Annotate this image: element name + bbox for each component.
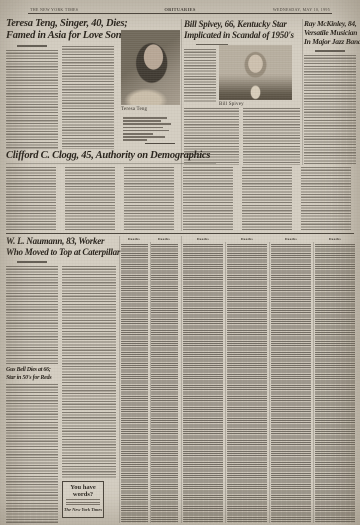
running-head-rule bbox=[28, 13, 332, 14]
house-ad: You have words? The New York Times bbox=[62, 481, 104, 518]
death-notices-header: Deaths bbox=[227, 237, 267, 241]
body-text-column bbox=[243, 108, 300, 165]
death-notice-column bbox=[227, 244, 267, 523]
gus-bell-headline-line2: Star in 50's for Reds bbox=[6, 375, 51, 383]
death-notices-header: Deaths bbox=[315, 237, 355, 241]
house-ad-text bbox=[66, 504, 100, 505]
body-text-column bbox=[242, 167, 292, 231]
house-ad-line1: You have bbox=[63, 484, 103, 491]
teng-headline-line2: Famed in Asia for Love Songs bbox=[6, 30, 130, 42]
column-rule bbox=[225, 242, 226, 523]
house-ad-signature: The New York Times bbox=[63, 507, 103, 512]
naumann-headline-line1: W. L. Naumann, 83, Worker bbox=[6, 236, 104, 247]
newspaper-page: THE NEW YORK TIMES OBITUARIES WEDNESDAY,… bbox=[0, 0, 360, 525]
running-head-section: OBITUARIES bbox=[140, 7, 220, 12]
house-ad-text bbox=[66, 499, 100, 500]
body-text-column bbox=[183, 167, 233, 231]
body-text-column bbox=[62, 46, 114, 149]
house-ad-text bbox=[66, 502, 100, 503]
death-notice-column bbox=[183, 244, 223, 523]
column-rule bbox=[181, 236, 182, 523]
teng-photo-caption: Teresa Teng bbox=[121, 107, 147, 112]
column-rule bbox=[302, 19, 303, 165]
house-ad-line2: words? bbox=[63, 491, 103, 498]
column-rule bbox=[269, 242, 270, 523]
section-rule bbox=[6, 233, 354, 234]
body-text-column bbox=[6, 50, 58, 149]
body-text-column bbox=[6, 167, 56, 231]
body-text-column bbox=[124, 167, 174, 231]
bill-spivey-photo bbox=[219, 45, 292, 100]
death-notices-header: Deaths bbox=[144, 237, 184, 241]
teng-headline-line1: Teresa Teng, Singer, 40, Dies; bbox=[6, 18, 128, 30]
mckinley-headline-line3: In Major Jazz Bands bbox=[304, 37, 360, 46]
death-notice-column bbox=[315, 244, 355, 523]
body-text-column bbox=[65, 167, 115, 231]
death-notices-header: Deaths bbox=[271, 237, 311, 241]
mckinley-headline-line2: Versatile Musician bbox=[304, 28, 357, 37]
teng-byline bbox=[17, 45, 47, 47]
body-text-column bbox=[6, 266, 58, 364]
running-head-date: WEDNESDAY, MAY 10, 1995 bbox=[250, 7, 330, 12]
death-notice-column bbox=[271, 244, 311, 523]
body-text-column bbox=[184, 49, 216, 103]
mckinley-byline bbox=[315, 50, 345, 52]
clogg-headline-rule bbox=[6, 163, 216, 164]
song-lyrics-quote bbox=[120, 115, 178, 149]
column-rule bbox=[181, 19, 182, 231]
teresa-teng-photo bbox=[121, 30, 180, 105]
running-head-newspaper: THE NEW YORK TIMES bbox=[30, 7, 78, 12]
death-notices-header: Deaths bbox=[183, 237, 223, 241]
gus-bell-headline-line1: Gus Bell Dies at 66; bbox=[6, 367, 51, 375]
column-rule bbox=[119, 236, 120, 523]
mckinley-headline-line1: Ray McKinley, 84, bbox=[304, 19, 357, 28]
body-text-column bbox=[301, 167, 351, 231]
spivey-photo-caption: Bill Spivey bbox=[219, 102, 244, 107]
spivey-headline-line2: Implicated in Scandal of 1950's bbox=[184, 30, 294, 41]
spivey-headline-line1: Bill Spivey, 66, Kentucky Star bbox=[184, 19, 287, 30]
death-notice-column bbox=[151, 244, 178, 523]
column-rule bbox=[150, 242, 151, 523]
body-text-column bbox=[6, 384, 58, 523]
naumann-byline bbox=[17, 261, 47, 263]
column-rule bbox=[313, 242, 314, 523]
naumann-headline-line2: Who Moved to Top at Caterpillar bbox=[6, 247, 120, 258]
clogg-headline: Clifford C. Clogg, 45, Authority on Demo… bbox=[6, 150, 210, 161]
body-text-column bbox=[62, 266, 116, 478]
death-notice-column bbox=[121, 244, 148, 523]
body-text-column bbox=[304, 55, 356, 165]
